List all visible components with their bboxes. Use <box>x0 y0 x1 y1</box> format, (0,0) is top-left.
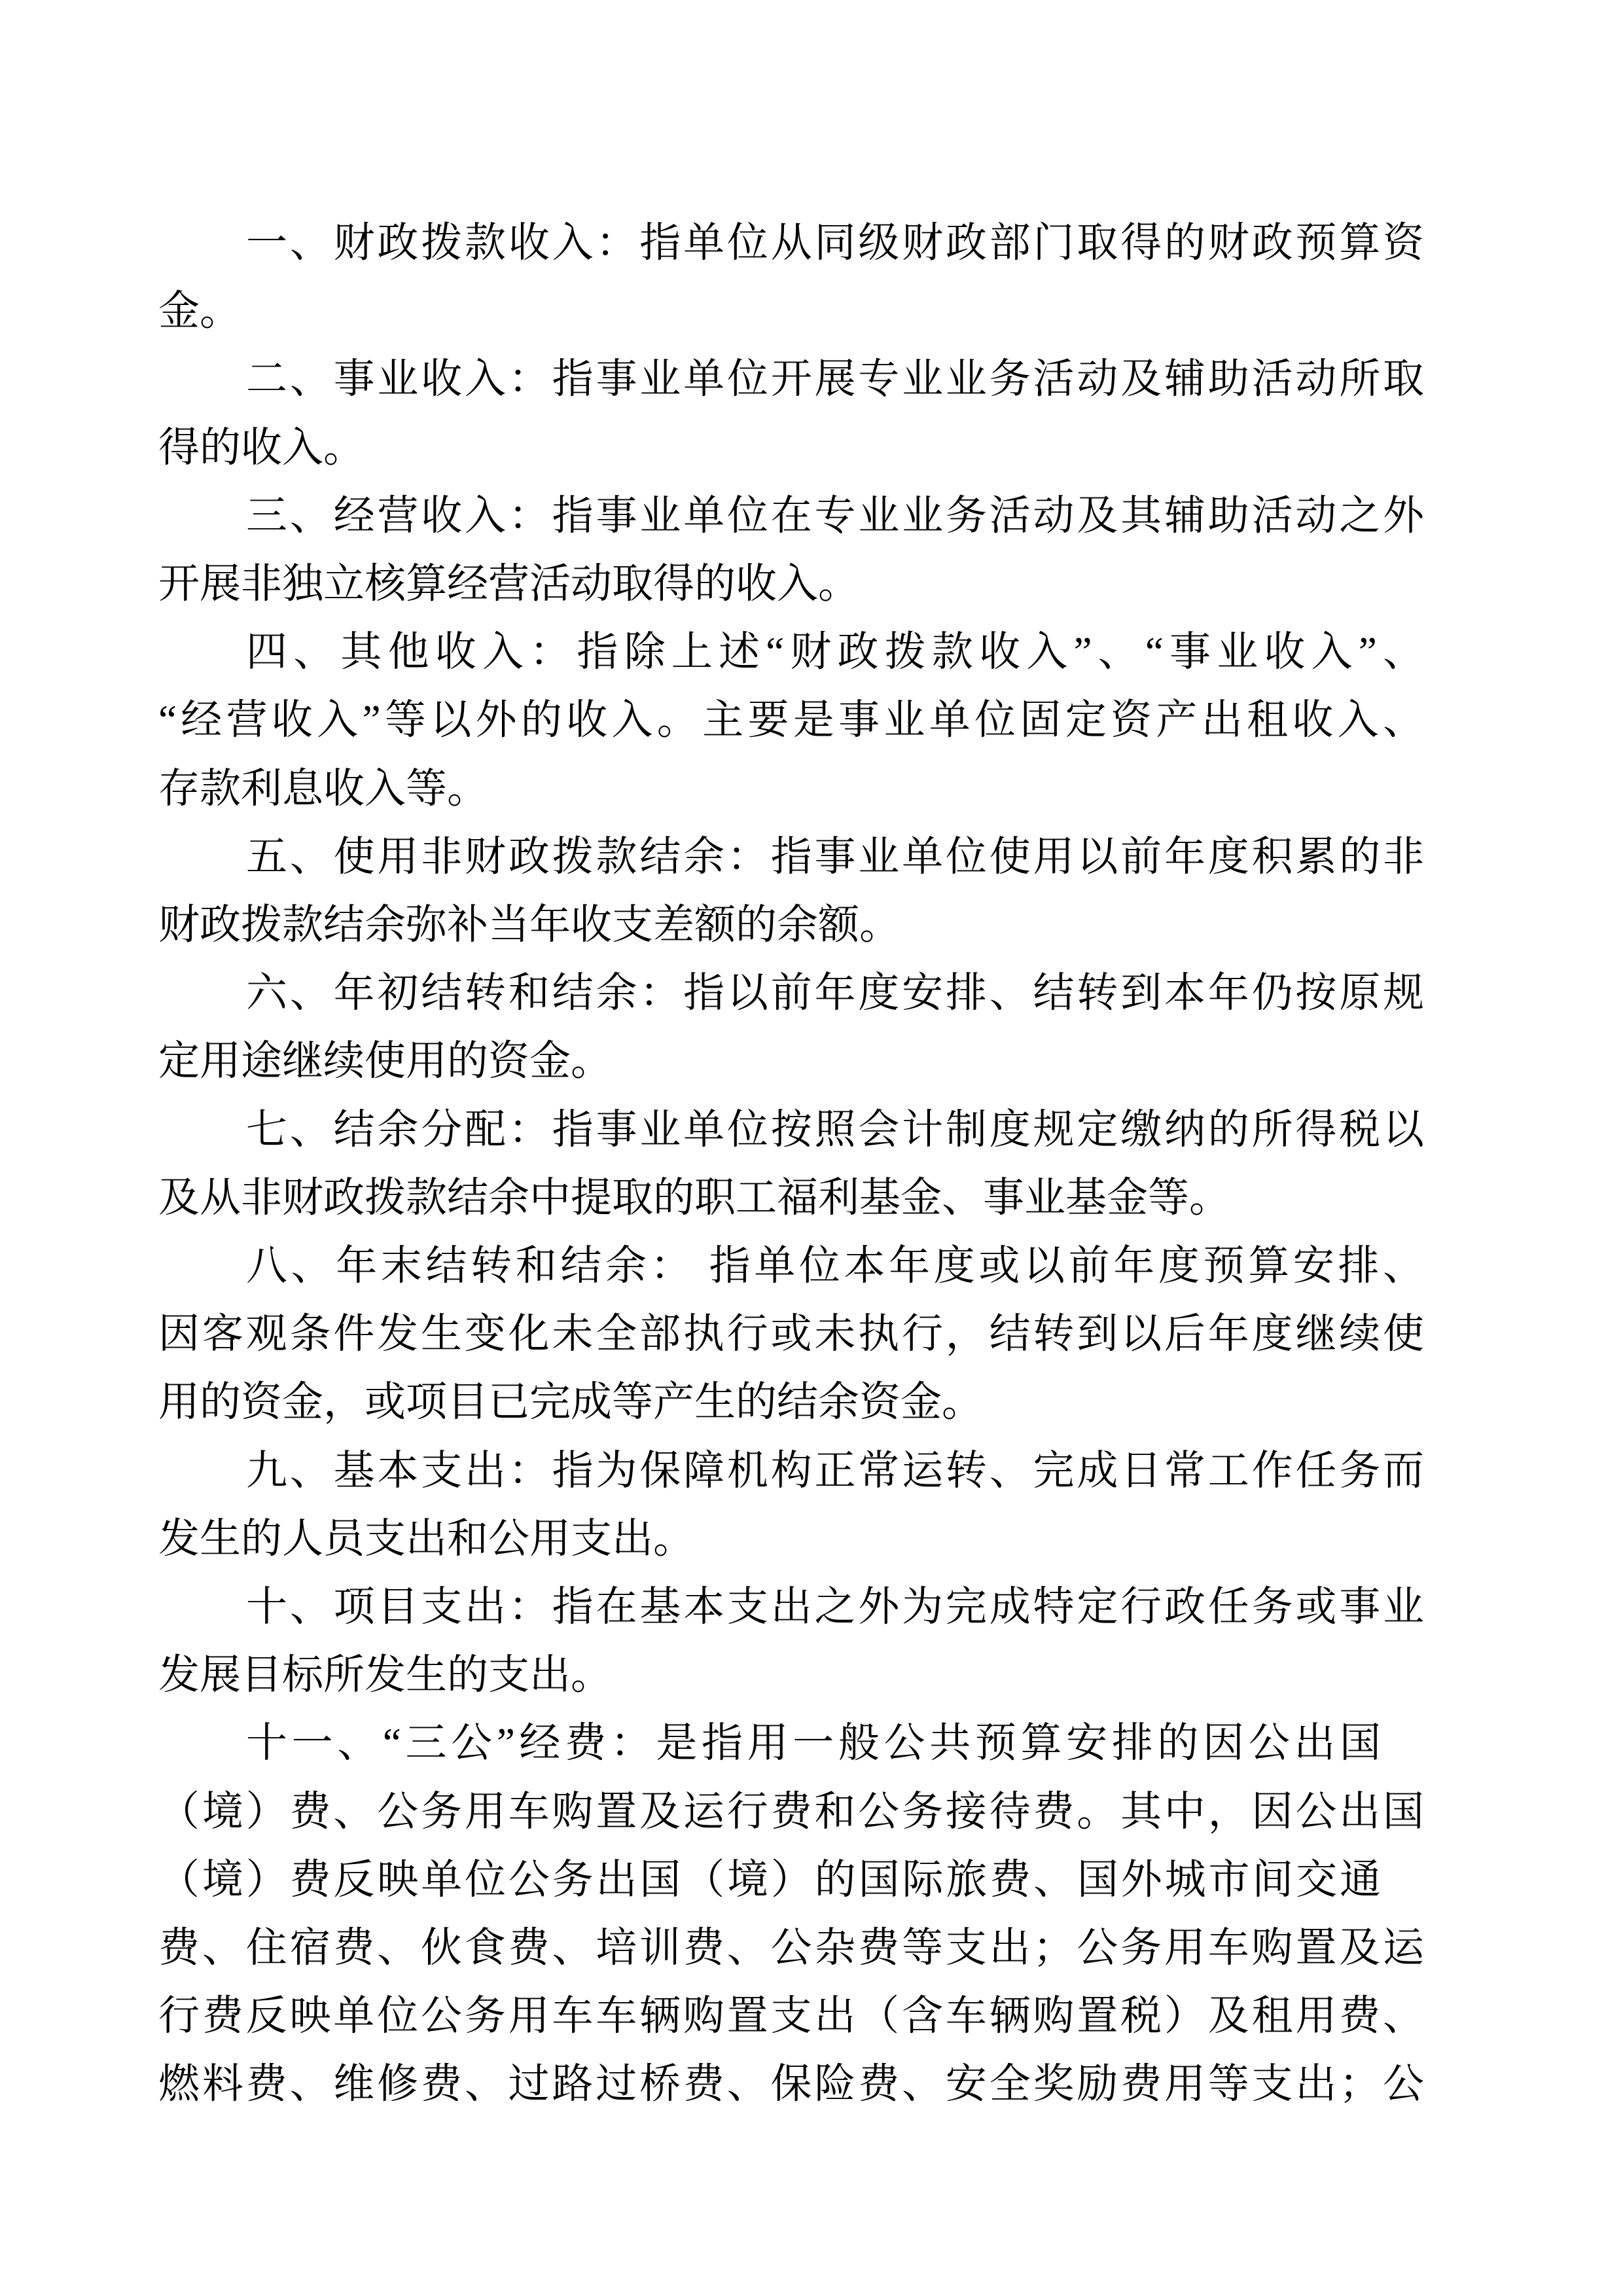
paragraph-5-line-2: 财政拨款结余弥补当年收支差额的余额。 <box>158 901 901 948</box>
paragraph-11-line-1: 十一、“三公”经费：是指用一般公共预算安排的因公出国 <box>246 1719 1381 1767</box>
paragraph-8-line-2: 因客观条件发生变化未全部执行或未执行，结转到以后年度继续使 <box>158 1310 1424 1357</box>
paragraph-6-line-2: 定用途继续使用的资金。 <box>158 1037 612 1085</box>
paragraph-1-line-2: 金。 <box>158 287 241 334</box>
paragraph-11-line-2: （境）费、公务用车购置及运行费和公务接待费。其中，因公出国 <box>158 1788 1424 1835</box>
paragraph-11-line-4: 费、住宿费、伙食费、培训费、公杂费等支出；公务用车购置及运 <box>158 1924 1424 1971</box>
paragraph-3-line-1: 三、经营收入：指事业单位在专业业务活动及其辅助活动之外 <box>246 492 1424 539</box>
paragraph-8-line-1: 八、年末结转和结余： 指单位本年度或以前年度预算安排、 <box>246 1242 1424 1289</box>
paragraph-8-line-3: 用的资金，或项目已完成等产生的结余资金。 <box>158 1378 983 1426</box>
paragraph-5-line-1: 五、使用非财政拨款结余：指事业单位使用以前年度积累的非 <box>246 833 1424 880</box>
document-page: 一、财政拨款收入：指单位从同级财政部门取得的财政预算资 金。 二、事业收入：指事… <box>0 0 1623 2296</box>
paragraph-10-line-1: 十、项目支出：指在基本支出之外为完成特定行政任务或事业 <box>246 1583 1424 1630</box>
paragraph-11-line-6: 燃料费、维修费、过路过桥费、保险费、安全奖励费用等支出；公 <box>158 2060 1424 2108</box>
paragraph-9-line-2: 发生的人员支出和公用支出。 <box>158 1515 694 1562</box>
paragraph-4-line-2: “经营收入”等以外的收入。主要是事业单位固定资产出租收入、 <box>158 696 1424 744</box>
paragraph-9-line-1: 九、基本支出：指为保障机构正常运转、完成日常工作任务而 <box>246 1447 1424 1494</box>
paragraph-7-line-1: 七、结余分配：指事业单位按照会计制度规定缴纳的所得税以 <box>246 1106 1424 1153</box>
paragraph-11-line-5: 行费反映单位公务用车车辆购置支出（含车辆购置税）及租用费、 <box>158 1992 1424 2039</box>
paragraph-11-line-3: （境）费反映单位公务出国（境）的国际旅费、国外城市间交通 <box>158 1856 1381 1903</box>
paragraph-4-line-3: 存款利息收入等。 <box>158 765 488 812</box>
paragraph-4-line-1: 四、其他收入：指除上述“财政拨款收入”、“事业收入”、 <box>246 628 1424 675</box>
paragraph-6-line-1: 六、年初结转和结余：指以前年度安排、结转到本年仍按原规 <box>246 969 1424 1016</box>
paragraph-2-line-2: 得的收入。 <box>158 424 365 471</box>
paragraph-7-line-2: 及从非财政拨款结余中提取的职工福利基金、事业基金等。 <box>158 1174 1230 1221</box>
paragraph-1-line-1: 一、财政拨款收入：指单位从同级财政部门取得的财政预算资 <box>246 219 1424 266</box>
paragraph-10-line-2: 发展目标所发生的支出。 <box>158 1651 612 1698</box>
paragraph-2-line-1: 二、事业收入：指事业单位开展专业业务活动及辅助活动所取 <box>246 355 1424 403</box>
paragraph-3-line-2: 开展非独立核算经营活动取得的收入。 <box>158 560 859 607</box>
